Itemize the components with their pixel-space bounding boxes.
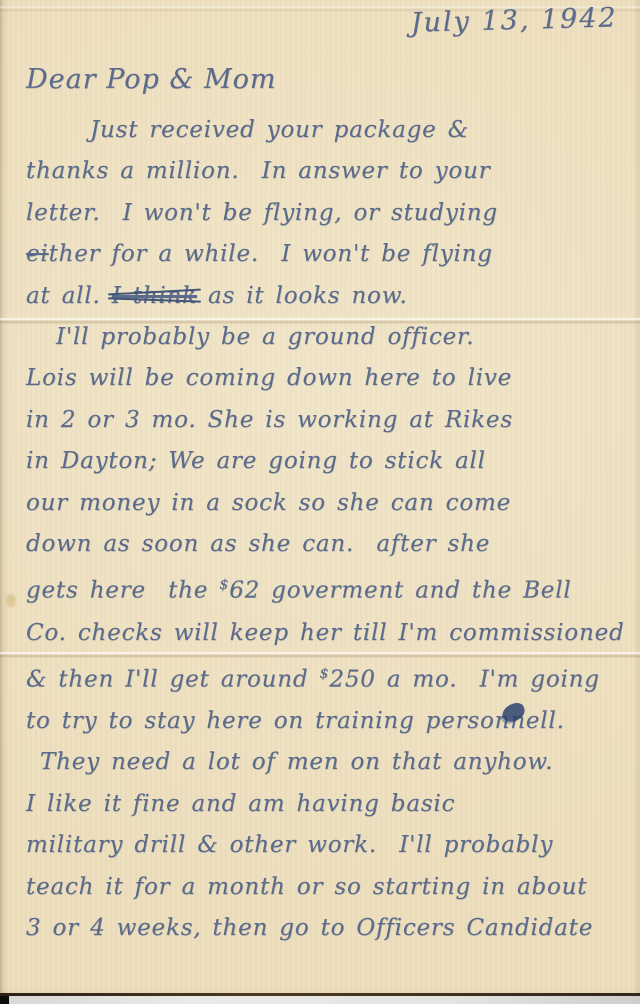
letter-line: Just received your package &: [26, 110, 624, 151]
text-segment: in Dayton; We are going to stick all: [26, 448, 486, 474]
text-segment: teach it for a month or so starting in a…: [26, 874, 587, 900]
text-segment: 3 or 4 weeks, then go to Officers Candid…: [26, 915, 593, 941]
letter-line: & then I'll get around $250 a mo. I'm go…: [26, 654, 624, 701]
text-segment: 62 goverment and the Bell: [229, 578, 571, 604]
letter-line: letter. I won't be flying, or studying: [26, 193, 624, 234]
letter-line: to try to stay here on training personne…: [26, 701, 624, 742]
letter-line: in Dayton; We are going to stick all: [26, 441, 624, 482]
scanner-strip: [0, 996, 640, 1004]
letter-line: Co. checks will keep her till I'm commis…: [26, 613, 624, 654]
letter-content: July 13, 1942 Dear Pop & Mom Just receiv…: [0, 0, 640, 949]
text-segment: as it looks now.: [197, 283, 408, 309]
corner-mark: [0, 996, 9, 1004]
letter-line: teach it for a month or so starting in a…: [26, 867, 624, 908]
superscript-dollar: $: [219, 577, 229, 593]
text-segment: down as soon as she can. after she: [26, 531, 490, 557]
text-segment: 250 a mo. I'm going: [329, 667, 599, 693]
text-segment: our money in a sock so she can come: [26, 490, 511, 516]
text-segment: Co. checks will keep her till I'm commis…: [26, 620, 625, 646]
scanned-letter-page: July 13, 1942 Dear Pop & Mom Just receiv…: [0, 0, 640, 1004]
text-segment: letter. I won't be flying, or studying: [26, 200, 498, 226]
letter-line: our money in a sock so she can come: [26, 483, 624, 524]
text-segment: & then I'll get around: [26, 667, 320, 693]
text-segment: ther for a while. I won't be flying: [49, 241, 493, 267]
letter-body: Just received your package &thanks a mil…: [26, 110, 624, 949]
date-text: July 13, 1942: [410, 2, 618, 38]
text-segment: I like it fine and am having basic: [26, 791, 455, 817]
letter-line: I like it fine and am having basic: [26, 784, 624, 825]
text-segment: at all.: [26, 283, 112, 309]
letter-line: gets here the $62 goverment and the Bell: [26, 565, 624, 612]
text-segment: They need a lot of men on that anyhow.: [40, 749, 553, 775]
text-segment: military drill & other work. I'll probab…: [26, 832, 553, 858]
text-segment: Just received your package &: [90, 117, 469, 143]
letter-line: Lois will be coming down here to live: [26, 358, 624, 399]
letter-line: thanks a million. In answer to your: [26, 151, 624, 192]
letter-line: They need a lot of men on that anyhow.: [26, 742, 624, 783]
date-line: July 13, 1942: [25, 2, 624, 72]
letter-line: military drill & other work. I'll probab…: [26, 825, 624, 866]
superscript-dollar: $: [320, 666, 330, 682]
text-segment: gets here the: [26, 578, 219, 604]
letter-line: down as soon as she can. after she: [26, 524, 624, 565]
text-segment: I'll probably be a ground officer.: [56, 324, 474, 350]
letter-line: in 2 or 3 mo. She is working at Rikes: [26, 400, 624, 441]
letter-line: I'll probably be a ground officer.: [26, 317, 624, 358]
text-segment: to try to stay here on training personne…: [26, 708, 565, 734]
struck-text: ei: [26, 241, 49, 267]
scribbled-out-text: I think: [112, 283, 197, 309]
salutation: Dear Pop & Mom: [26, 64, 624, 110]
letter-line: at all. I think as it looks now.: [26, 276, 624, 317]
text-segment: Lois will be coming down here to live: [26, 365, 512, 391]
text-segment: thanks a million. In answer to your: [26, 158, 490, 184]
letter-line: either for a while. I won't be flying: [26, 234, 624, 275]
text-segment: in 2 or 3 mo. She is working at Rikes: [26, 407, 513, 433]
letter-line: 3 or 4 weeks, then go to Officers Candid…: [26, 908, 624, 949]
